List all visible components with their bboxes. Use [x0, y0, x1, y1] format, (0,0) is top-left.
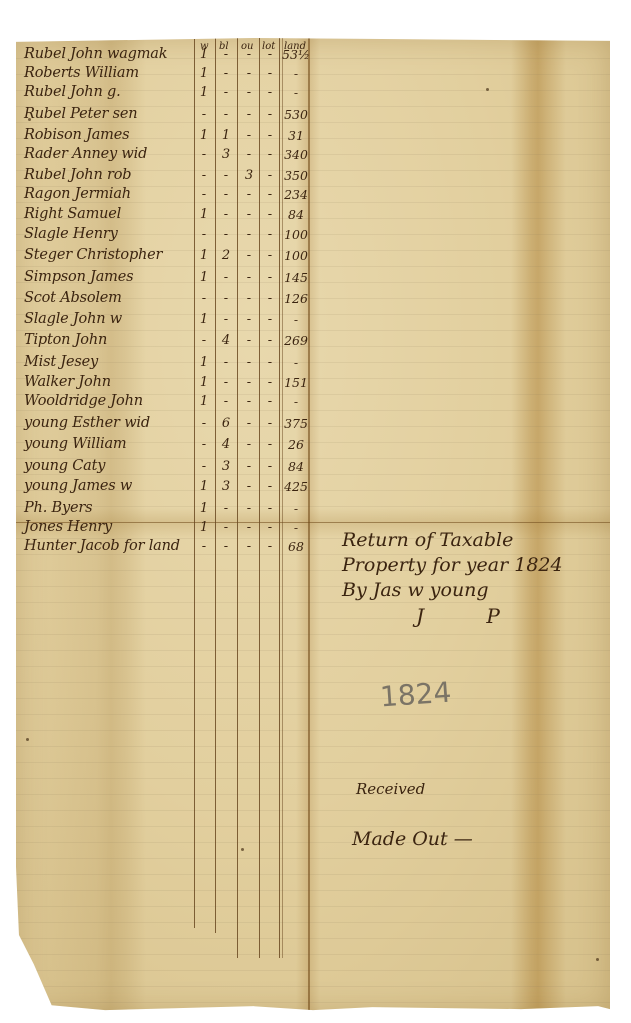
cell-lot: - — [260, 459, 280, 474]
ruling-line — [16, 826, 610, 827]
cell-w: 1 — [194, 394, 214, 409]
cell-w: 1 — [194, 66, 214, 81]
taxpayer-name: Wooldridge John — [24, 393, 143, 409]
table-row: Rader Anney wid-3--340 — [16, 146, 316, 168]
cell-land: 145 — [282, 270, 310, 285]
cell-ou: - — [238, 66, 260, 81]
taxpayer-name: Ph. Byers — [24, 500, 92, 516]
cell-bl: - — [216, 375, 236, 390]
cell-bl: 4 — [216, 437, 236, 452]
cell-w: 1 — [194, 312, 214, 327]
cell-land: - — [282, 501, 310, 516]
cell-lot: - — [260, 270, 280, 285]
cell-land: 151 — [282, 375, 310, 390]
table-row: young Caty-3--84 — [16, 458, 316, 480]
cell-land: 53½ — [282, 47, 310, 62]
endorsement-line-2: Property for year 1824 — [342, 553, 563, 578]
cell-land: 84 — [282, 459, 310, 474]
cell-ou: - — [238, 270, 260, 285]
cell-w: 1 — [194, 501, 214, 516]
ruling-line — [16, 1002, 610, 1003]
cell-w: - — [194, 291, 214, 306]
cell-lot: - — [260, 47, 280, 62]
cell-lot: - — [260, 107, 280, 122]
cell-ou: - — [238, 227, 260, 242]
cell-land: 84 — [282, 207, 310, 222]
cell-ou: - — [238, 248, 260, 263]
cell-bl: - — [216, 312, 236, 327]
cell-w: - — [194, 437, 214, 452]
taxpayer-name: young William — [24, 436, 126, 452]
cell-lot: - — [260, 437, 280, 452]
ruling-line — [16, 890, 610, 891]
cell-lot: - — [260, 187, 280, 202]
cell-bl: 4 — [216, 333, 236, 348]
cell-lot: - — [260, 85, 280, 100]
cell-ou: - — [238, 333, 260, 348]
cell-bl: 6 — [216, 416, 236, 431]
cell-lot: - — [260, 291, 280, 306]
cell-ou: - — [238, 416, 260, 431]
cell-ou: - — [238, 207, 260, 222]
cell-ou: - — [238, 128, 260, 143]
ruling-line — [16, 986, 610, 987]
cell-w: - — [194, 168, 214, 183]
ruling-line — [16, 762, 610, 763]
cell-lot: - — [260, 375, 280, 390]
table-row: Wooldridge John1---- — [16, 393, 316, 415]
cell-w: 1 — [194, 248, 214, 263]
cell-land: 100 — [282, 248, 310, 263]
cell-land: 340 — [282, 147, 310, 162]
cell-lot: - — [260, 227, 280, 242]
table-row: Rubel John g.1---- — [16, 84, 316, 106]
ruling-line — [16, 906, 610, 907]
cell-land: 31 — [282, 128, 310, 143]
table-row: young Esther wid-6--375 — [16, 415, 316, 437]
cell-lot: - — [260, 394, 280, 409]
cell-land: 350 — [282, 168, 310, 183]
taxpayer-name: young Caty — [24, 458, 105, 474]
cell-ou: - — [238, 147, 260, 162]
cell-w: - — [194, 107, 214, 122]
cell-w: 1 — [194, 47, 214, 62]
cell-land: - — [282, 85, 310, 100]
cell-land: 68 — [282, 539, 310, 554]
taxpayer-name: Ragon Jermiah — [24, 186, 131, 202]
cell-bl: - — [216, 501, 236, 516]
ruling-line — [16, 810, 610, 811]
endorsement: Return of Taxable Property for year 1824… — [342, 528, 563, 603]
cell-ou: - — [238, 355, 260, 370]
taxpayer-name: Robison James — [24, 127, 129, 143]
cell-land: - — [282, 355, 310, 370]
cell-ou: - — [238, 539, 260, 554]
cell-land: 26 — [282, 437, 310, 452]
received-note: Received — [356, 780, 425, 798]
cell-w: - — [194, 187, 214, 202]
cell-ou: - — [238, 394, 260, 409]
table-row: young James w13--425 — [16, 478, 316, 500]
cell-w: 1 — [194, 375, 214, 390]
taxpayer-name: Rubel John wagmak — [24, 46, 167, 62]
taxpayer-name: Tipton John — [24, 332, 107, 348]
cell-lot: - — [260, 416, 280, 431]
taxpayer-name: Jones Henry — [24, 519, 112, 535]
cell-w: - — [194, 227, 214, 242]
cell-bl: 3 — [216, 479, 236, 494]
ruling-line — [16, 970, 610, 971]
cell-ou: 3 — [238, 168, 260, 183]
cell-lot: - — [260, 539, 280, 554]
cell-bl: - — [216, 539, 236, 554]
cell-land: - — [282, 312, 310, 327]
cell-land: 375 — [282, 416, 310, 431]
taxpayer-name: Rubel John rob — [24, 167, 131, 183]
cell-bl: - — [216, 291, 236, 306]
cell-w: - — [194, 459, 214, 474]
table-row: Mist Jesey1---- — [16, 354, 316, 376]
taxpayer-name: Slagle Henry — [24, 226, 118, 242]
cell-w: 1 — [194, 270, 214, 285]
ruling-line — [16, 874, 610, 875]
taxpayer-name: Hunter Jacob for land — [24, 538, 180, 554]
cell-ou: - — [238, 520, 260, 535]
cell-land: 100 — [282, 227, 310, 242]
cell-bl: - — [216, 187, 236, 202]
cell-w: 1 — [194, 520, 214, 535]
cell-ou: - — [238, 479, 260, 494]
cell-bl: - — [216, 227, 236, 242]
cell-ou: - — [238, 47, 260, 62]
cell-land: 530 — [282, 107, 310, 122]
cell-ou: - — [238, 187, 260, 202]
table-row: young William-4--26 — [16, 436, 316, 458]
cell-lot: - — [260, 355, 280, 370]
cell-land: - — [282, 520, 310, 535]
cell-bl: - — [216, 355, 236, 370]
cell-w: - — [194, 539, 214, 554]
cell-bl: - — [216, 270, 236, 285]
made-out-note: Made Out — — [352, 828, 473, 850]
table-row: Rubel Peter sen----530 — [16, 106, 316, 128]
taxpayer-name: Rader Anney wid — [24, 146, 147, 162]
taxpayer-name: Scot Absolem — [24, 290, 122, 306]
taxpayer-name: Walker John — [24, 374, 111, 390]
cell-w: 1 — [194, 355, 214, 370]
ruling-line — [16, 922, 610, 923]
ruling-line — [16, 698, 610, 699]
cell-ou: - — [238, 107, 260, 122]
table-row: Simpson James1---145 — [16, 269, 316, 291]
endorsement-line-3: By Jas w young — [342, 578, 563, 603]
cell-bl: 2 — [216, 248, 236, 263]
cell-ou: - — [238, 459, 260, 474]
taxpayer-name: young Esther wid — [24, 415, 150, 431]
cell-bl: - — [216, 520, 236, 535]
table-row: Right Samuel1---84 — [16, 206, 316, 228]
table-row: Hunter Jacob for land----68 — [16, 538, 316, 560]
table-row: Tipton John-4--269 — [16, 332, 316, 354]
ruling-line — [16, 794, 610, 795]
cell-ou: - — [238, 291, 260, 306]
ruling-line — [16, 666, 610, 667]
cell-lot: - — [260, 333, 280, 348]
ruling-line — [16, 954, 610, 955]
taxpayer-name: Roberts William — [24, 65, 139, 81]
ruling-line — [16, 714, 610, 715]
taxpayer-name: Mist Jesey — [24, 354, 98, 370]
ink-speck — [596, 958, 599, 961]
ink-speck — [241, 848, 244, 851]
pencil-year: 1824 — [379, 676, 452, 714]
cell-ou: - — [238, 437, 260, 452]
cell-bl: - — [216, 66, 236, 81]
taxpayer-name: Right Samuel — [24, 206, 121, 222]
cell-lot: - — [260, 479, 280, 494]
cell-ou: - — [238, 375, 260, 390]
cell-lot: - — [260, 147, 280, 162]
taxpayer-name: Rubel Peter sen — [24, 106, 137, 122]
taxpayer-name: young James w — [24, 478, 132, 494]
table-row: Ragon Jermiah----234 — [16, 186, 316, 208]
manuscript-page: w bl ou lot land Rubel John wagmak1---53… — [16, 38, 610, 1013]
cell-bl: 3 — [216, 459, 236, 474]
ruling-line — [16, 634, 610, 635]
cell-land: 425 — [282, 479, 310, 494]
cell-land: 234 — [282, 187, 310, 202]
ruling-line — [16, 938, 610, 939]
cell-land: 126 — [282, 291, 310, 306]
cell-land: - — [282, 66, 310, 81]
cell-bl: - — [216, 85, 236, 100]
cell-ou: - — [238, 312, 260, 327]
ruling-line — [16, 682, 610, 683]
cell-bl: 1 — [216, 128, 236, 143]
cell-lot: - — [260, 520, 280, 535]
cell-w: - — [194, 147, 214, 162]
cell-w: 1 — [194, 85, 214, 100]
ruling-line — [16, 778, 610, 779]
taxpayer-name: Simpson James — [24, 269, 133, 285]
endorsement-initials: J P — [416, 604, 528, 628]
table-row: Slagle John w1---- — [16, 311, 316, 333]
cell-bl: - — [216, 394, 236, 409]
endorsement-line-1: Return of Taxable — [342, 528, 563, 553]
ink-speck — [26, 738, 29, 741]
cell-lot: - — [260, 501, 280, 516]
cell-land: - — [282, 394, 310, 409]
cell-lot: - — [260, 248, 280, 263]
cell-ou: - — [238, 85, 260, 100]
ink-speck — [486, 88, 489, 91]
ink-speck — [28, 118, 31, 121]
table-row: Scot Absolem----126 — [16, 290, 316, 312]
ruling-line — [16, 842, 610, 843]
ruling-line — [16, 650, 610, 651]
cell-bl: - — [216, 47, 236, 62]
ruling-line — [16, 746, 610, 747]
taxpayer-name: Rubel John g. — [24, 84, 121, 100]
cell-w: - — [194, 333, 214, 348]
cell-land: 269 — [282, 333, 310, 348]
cell-bl: - — [216, 168, 236, 183]
cell-lot: - — [260, 128, 280, 143]
cell-lot: - — [260, 168, 280, 183]
table-row: Steger Christopher12--100 — [16, 247, 316, 269]
cell-w: 1 — [194, 128, 214, 143]
cell-lot: - — [260, 207, 280, 222]
cell-bl: 3 — [216, 147, 236, 162]
taxpayer-name: Steger Christopher — [24, 247, 162, 263]
ruling-line — [16, 730, 610, 731]
cell-w: 1 — [194, 207, 214, 222]
cell-bl: - — [216, 107, 236, 122]
ruling-line — [16, 858, 610, 859]
cell-w: 1 — [194, 479, 214, 494]
cell-lot: - — [260, 66, 280, 81]
taxpayer-name: Slagle John w — [24, 311, 122, 327]
cell-w: - — [194, 416, 214, 431]
cell-ou: - — [238, 501, 260, 516]
table-row: Slagle Henry----100 — [16, 226, 316, 248]
cell-lot: - — [260, 312, 280, 327]
cell-bl: - — [216, 207, 236, 222]
